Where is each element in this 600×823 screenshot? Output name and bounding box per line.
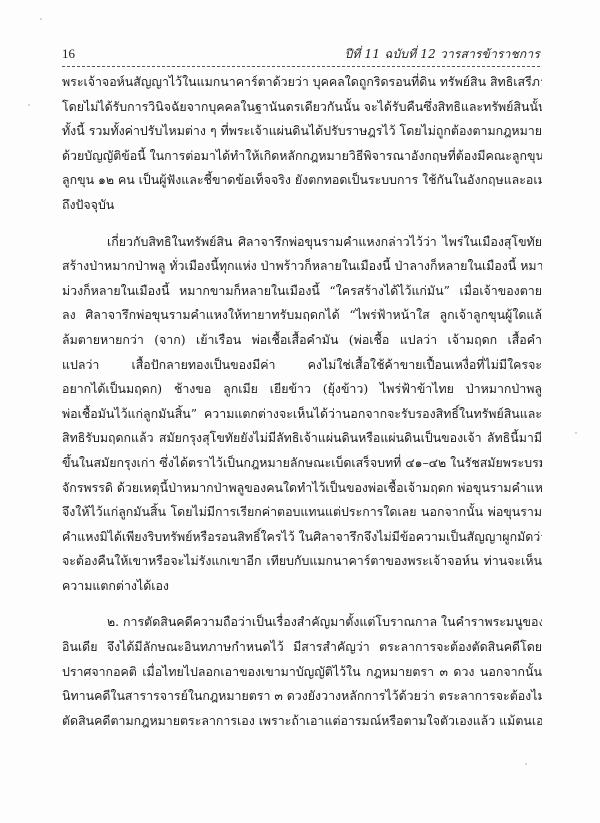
text-line: นิทานคดีในสารารจารย์ในกฎหมายตรา ๓ ดวงยัง… bbox=[62, 684, 542, 709]
page-header: 16 ปีที่ 11 ฉบับที่ 12 วารสารข้าราชการ bbox=[62, 44, 540, 64]
paragraph-1: พระเจ้าจอห์นสัญญาไว้ในแมกนาคาร์ตาด้วยว่า… bbox=[62, 70, 542, 218]
text-line: สร้างป่าหมากป่าพลู ทั่วเมืองนี้ทุกแห่ง ป… bbox=[62, 254, 542, 279]
text-line: ๒. การตัดสินคดีความถือว่าเป็นเรื่องสำคัญ… bbox=[62, 610, 542, 635]
text-line: ความแตกต่างได้เอง bbox=[62, 574, 542, 599]
text-line: ถึงปัจจุบัน bbox=[62, 193, 542, 218]
text-line: แปลว่า เสื้อปักลายทองเป็นของมีค่า คงไม่ใ… bbox=[62, 353, 542, 378]
text-line: ตัดสินคดีตามกฎหมายตระลาการเอง เพราะถ้าเอ… bbox=[62, 709, 542, 734]
text-line: สิทธิรับมฤดกแล้ว สมัยกรุงสุโขทัยยังไม่มี… bbox=[62, 426, 542, 451]
page-number: 16 bbox=[62, 46, 75, 62]
text-line: ขึ้นในสมัยกรุงเก่า ซึ่งได้ตราไว้เป็นกฎหม… bbox=[62, 451, 542, 476]
text-line: ทั้งนี้ รวมทั้งค่าปรับไหมต่าง ๆ ที่พระเจ… bbox=[62, 119, 542, 144]
header-divider bbox=[62, 66, 540, 67]
text-line: อินเดีย จึงได้มีลักษณะอินทภาษกำหนดไว้ มี… bbox=[62, 635, 542, 660]
text-line: ล้มตายหายกว่า (จาก) เย้าเรือน พ่อเชื้อเส… bbox=[62, 328, 542, 353]
text-line: จะต้องคืนให้เขาหรือจะไม่รังแกเขาอีก เทีย… bbox=[62, 549, 542, 574]
text-line: ลูกขุน ๑๒ คน เป็นผู้ฟังและชี้ขาดข้อเท็จจ… bbox=[62, 168, 542, 193]
paragraph-gap bbox=[62, 598, 542, 610]
text-line: โดยไม่ได้รับการวินิจฉัยจากบุคคลในฐานันดร… bbox=[62, 95, 542, 120]
text-line: เกี่ยวกับสิทธิในทรัพย์สิน ศิลาจารึกพ่อขุ… bbox=[62, 230, 542, 255]
paragraph-gap bbox=[62, 218, 542, 230]
text-line: อยากได้เป็นมฤดก) ช้างขอ ลูกเมีย เยียข้าว… bbox=[62, 377, 542, 402]
text-line: จึงให้ไว้แก่ลูกมันสิ้น โดยไม่มีการเรียกค… bbox=[62, 500, 542, 525]
text-line: ด้วยบัญญัติข้อนี้ ในการต่อมาได้ทำให้เกิด… bbox=[62, 144, 542, 169]
text-line: ม่วงก็หลายในเมืองนี้ หมากขามก็หลายในเมือ… bbox=[62, 279, 542, 304]
text-line: พระเจ้าจอห์นสัญญาไว้ในแมกนาคาร์ตาด้วยว่า… bbox=[62, 70, 542, 95]
paragraph-2: เกี่ยวกับสิทธิในทรัพย์สิน ศิลาจารึกพ่อขุ… bbox=[62, 230, 542, 599]
body-text: พระเจ้าจอห์นสัญญาไว้ในแมกนาคาร์ตาด้วยว่า… bbox=[62, 70, 542, 733]
scan-speck bbox=[575, 432, 577, 434]
text-line: จักรพรรดิ ด้วยเหตุนี้ป่าหมากป่าพลูของคนใ… bbox=[62, 476, 542, 501]
text-line: พ่อเชื้อมันไว้แก่ลูกมันสิ้น” ความแตกต่าง… bbox=[62, 402, 542, 427]
text-line: ปราศจากอคติ เมื่อไทยไปลอกเอาของเขามาบัญญ… bbox=[62, 660, 542, 685]
scan-speck bbox=[525, 763, 527, 765]
scan-speck bbox=[40, 18, 42, 20]
scan-speck bbox=[28, 104, 30, 106]
journal-title: ปีที่ 11 ฉบับที่ 12 วารสารข้าราชการ bbox=[345, 45, 540, 64]
text-line: คำแหงมิได้เพียงริบทรัพย์หรือรอนสิทธิ์ใคร… bbox=[62, 525, 542, 550]
paragraph-3: ๒. การตัดสินคดีความถือว่าเป็นเรื่องสำคัญ… bbox=[62, 610, 542, 733]
document-page: 16 ปีที่ 11 ฉบับที่ 12 วารสารข้าราชการ พ… bbox=[0, 0, 600, 823]
text-line: ลง ศิลาจารึกพ่อขุนรามคำแหงให้ทายาทรับมฤด… bbox=[62, 303, 542, 328]
